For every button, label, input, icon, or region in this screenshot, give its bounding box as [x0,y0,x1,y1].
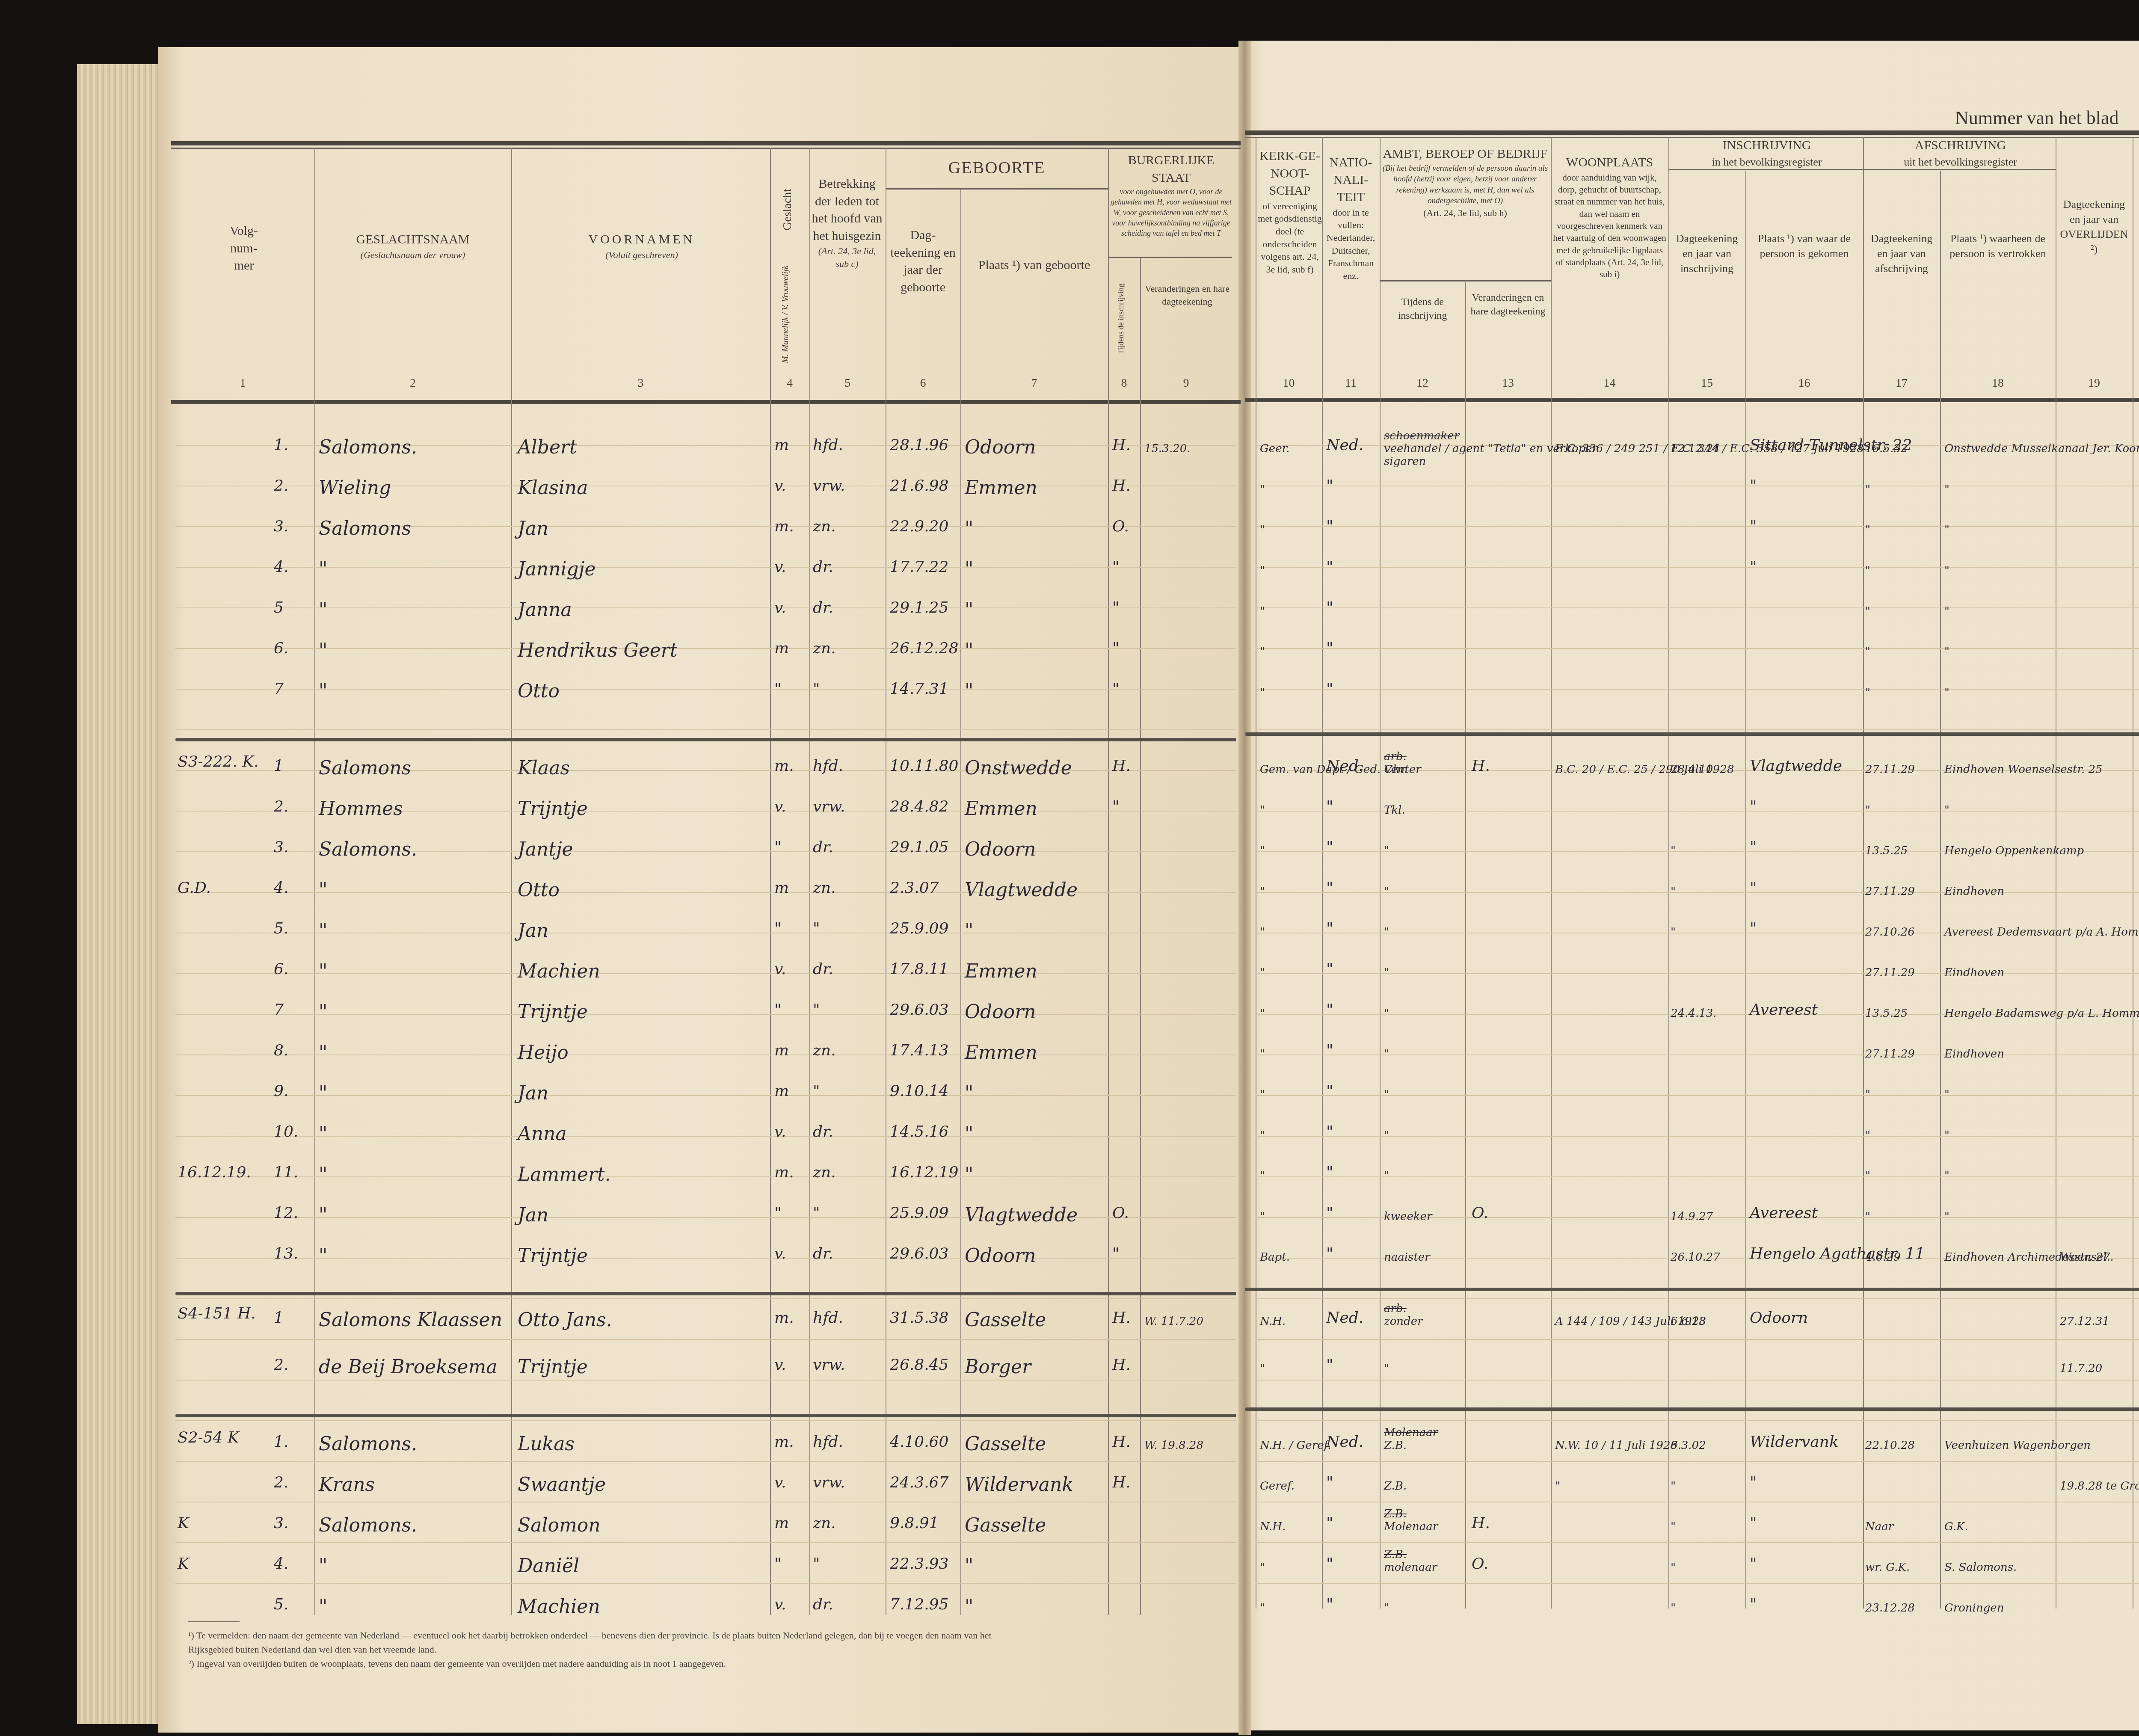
entry-surname: " [319,1042,327,1064]
entry-occ-change: O. [1472,1555,1488,1573]
ruled-line [175,1542,1236,1543]
ruled-line [175,567,1236,568]
entry-given: Trijntje [518,1356,588,1378]
entry-born: 22.9.20 [890,518,948,535]
entry-rel: " [813,680,820,698]
entry-out-to: " [1944,1210,1949,1223]
entry-out-date: Naar [1865,1520,1893,1533]
entry-rel: dr. [813,558,833,576]
entry-civil: " [1112,680,1120,698]
entry-sex: " [774,680,782,698]
entry-sex: v. [774,599,786,616]
entry-born: 21.6.98 [890,477,948,495]
col-8-header: Tijdens de inschrijving [1117,274,1126,364]
entry-occ-change: H. [1472,1514,1490,1532]
entry-sex: " [774,1555,782,1573]
entry-civil: O. [1112,1204,1129,1222]
entry-church: " [1260,844,1265,857]
entry-rel: dr. [813,960,833,978]
ruled-line [175,1298,1236,1299]
entry-occ: molenaar [1384,1561,1437,1574]
entry-born: 9.10.14 [890,1082,948,1100]
entry-sex: m. [774,1309,794,1327]
family-block-divider [175,738,1236,741]
col-4-sub: M. Mannelijk / V. Vrouwelijk [781,265,791,364]
entry-born: 25.9.09 [890,1204,948,1222]
entry-place: " [965,1596,973,1618]
entry-out-to: " [1944,605,1949,618]
entry-church: " [1260,1129,1265,1142]
entry-in-from: " [1750,558,1757,576]
entry-church: Bapt. [1260,1251,1290,1264]
entry-in-from: " [1750,920,1757,937]
entry-nr: 4. [274,879,288,897]
entry-out-date: " [1865,483,1870,496]
col-5-sub: (Art. 24, 3e lid, sub c) [811,245,883,270]
entry-nr: 9. [274,1082,288,1100]
col-12-header: Tijdens de inschrijving [1382,295,1463,323]
col-divider [2133,137,2133,1609]
header-bottom-rule-right [1245,398,2139,402]
entry-nr: 5 [274,599,284,616]
entry-nr: 6. [274,960,288,978]
right-page [1245,41,2139,1730]
entry-place: Emmen [965,477,1037,499]
entry-in-date: " [1671,844,1676,857]
entry-given: Klaas [518,757,570,779]
ruled-line [1256,1583,2139,1584]
entry-born: 29.6.03 [890,1245,948,1262]
col-17-header: Dagteekening en jaar van afschrijving [1865,231,1938,276]
entry-born: 9.8.91 [890,1514,939,1532]
ambt-note: (Bij het bedrijf vermelden of de persoon… [1382,163,1549,207]
entry-place: Odoorn [965,436,1036,458]
entry-occ2: sigaren [1384,455,1426,468]
entry-church: N.H. / Geref. [1260,1439,1331,1452]
entry-church: " [1260,885,1265,898]
entry-given: Klasina [518,477,588,499]
entry-given: Trijntje [518,1001,588,1023]
entry-nat: " [1326,960,1333,978]
entry-given: Machien [518,1596,600,1618]
entry-church: " [1260,1561,1265,1574]
entry-place: Vlagtwedde [965,879,1078,901]
ruled-line [175,1014,1236,1015]
entry-out-date: " [1865,686,1870,699]
entry-out-to: " [1944,524,1949,536]
col-13-header: Veranderingen en hare dagteekening [1467,291,1549,319]
entry-nat: " [1326,1555,1333,1573]
entry-sex: m. [774,1164,794,1181]
col-12-title: Tijdens de inschrijving [1382,295,1463,323]
entry-given: Anna [518,1123,567,1145]
col-6-title: Dag-teekening en jaar der geboorte [888,227,958,296]
ambt-art: (Art. 24, 3e lid, sub h) [1382,207,1549,219]
entry-civil: " [1112,1245,1120,1262]
entry-civil: H. [1112,477,1131,495]
entry-sex: m [774,436,789,454]
entry-born: 29.1.25 [890,599,948,616]
entry-church: " [1260,1210,1265,1223]
entry-out-to: Hengelo Badamsweg p/a L. Hommes [1944,1007,2139,1020]
entry-born: 14.7.31 [890,680,948,698]
entry-church: " [1260,524,1265,536]
footnote-1: ¹) Te vermelden: den naam der gemeente v… [188,1628,1001,1656]
top-rule-left-thin [171,148,1241,149]
entry-nat: " [1326,477,1333,495]
entry-place: Gasselte [965,1309,1046,1331]
entry-nat: " [1326,680,1333,698]
entry-civil: H. [1112,1309,1131,1327]
entry-nat: Ned. [1326,757,1363,775]
ruled-line [1256,1542,2139,1543]
entry-address: N.W. 10 / 11 Juli 1928 [1555,1439,1677,1452]
entry-marker: K [178,1555,189,1573]
col-divider [1322,137,1323,1609]
entry-out-to: S. Salomons. [1944,1561,2017,1574]
entry-out-date: " [1865,605,1870,618]
entry-given: Otto [518,680,560,702]
entry-surname: Salomons. [319,1433,417,1455]
entry-marker: K [178,1514,189,1532]
col-divider [2056,137,2056,1609]
burgerlijke-staat-title: BURGERLIJKE STAAT [1110,152,1232,187]
entry-surname: " [319,1245,327,1267]
entry-church: " [1260,1170,1265,1182]
entry-rel: vrw. [813,1356,845,1374]
entry-sex: m. [774,518,794,535]
ruled-line [175,1502,1236,1502]
entry-rel: " [813,920,820,937]
entry-born: 26.12.28 [890,640,958,657]
col-15-title: Dagteekening en jaar van inschrijving [1671,231,1743,276]
entry-civil: " [1112,640,1120,657]
entry-occ-struck: Z.B. [1384,1508,1407,1520]
entry-out-date: 4.6.29 [1865,1251,1901,1264]
entry-church: " [1260,646,1265,658]
entry-civil-change: W. 11.7.20 [1144,1315,1203,1328]
entry-given: Jan [518,518,548,539]
entry-place: " [965,518,973,539]
entry-church: Geref. [1260,1480,1295,1493]
entry-born: 10.11.80 [890,757,958,775]
entry-nr: 2. [274,798,288,815]
entry-in-from: " [1750,1514,1757,1532]
block-marker: S4-151 H. [178,1305,256,1322]
entry-born: 22.3.93 [890,1555,948,1573]
entry-occ: " [1384,885,1389,898]
entry-occ: " [1384,1170,1389,1182]
col-number: 19 [2056,376,2133,390]
entry-civil: " [1112,599,1120,616]
entry-civil: H. [1112,757,1131,775]
entry-nr: 13. [274,1245,298,1262]
entry-nr: 7 [274,680,284,698]
col-4-header: Geslacht [781,167,794,252]
entry-nr: 5. [274,1596,288,1613]
col-divider [1380,137,1381,1609]
entry-surname: " [319,960,327,982]
entry-marker: 16.12.19. [178,1164,251,1181]
entry-rel: dr. [813,1596,833,1613]
entry-in-date: 14.9.27 [1671,1210,1713,1223]
entry-out-date: " [1865,1170,1870,1182]
entry-occ: " [1384,966,1389,979]
ruled-line [175,1461,1236,1462]
entry-given: Jan [518,920,548,942]
entry-occ-struck: Z.B. [1384,1548,1407,1561]
entry-sex: v. [774,960,786,978]
col-number: 11 [1322,376,1380,390]
entry-rel: hfd. [813,436,843,454]
entry-out-to: Eindhoven [1944,966,2004,979]
entry-surname: " [319,1204,327,1226]
entry-nr: 4. [274,558,288,576]
entry-born: 25.9.09 [890,920,948,937]
col-number: 6 [886,376,960,390]
entry-place: Onstwedde [965,757,1072,779]
entry-church: " [1260,1007,1265,1020]
entry-surname: Salomons. [319,436,417,458]
col-19-header: Dagteekening en jaar van OVERLIJDEN ²) [2058,197,2130,257]
entry-civil: H. [1112,1433,1131,1451]
ruled-line [175,607,1236,608]
entry-nr: 1. [274,436,288,454]
entry-given: Machien [518,960,600,982]
entry-surname: Salomons [319,757,411,779]
col-16-title: Plaats ¹) van waar de persoon is gekomen [1748,231,1861,261]
entry-place: Emmen [965,798,1037,820]
col-3-header: VOORNAMEN(Voluit geschreven) [513,231,770,261]
entry-occ-struck: schoenmaker [1384,430,1459,442]
entry-place: " [965,1082,973,1104]
ruled-line [175,1176,1236,1177]
col-9-header: Veranderingen en hare dagteekening [1142,282,1232,308]
entry-sex: m. [774,1433,794,1451]
entry-sex: v. [774,1123,786,1141]
entry-in-from: " [1750,1555,1757,1573]
book-spine-gutter [1238,41,1251,1735]
entry-nat: Ned. [1326,436,1363,454]
col-5-title: Betrekking der leden tot het hoofd van h… [811,175,883,245]
col-divider [770,148,771,1615]
entry-marker: G.D. [178,879,211,897]
entry-in-date: " [1671,1480,1676,1493]
ambt-title: AMBT, BEROEP OF BEDRIJF [1382,145,1549,163]
col-3-title: VOORNAMEN [513,231,770,249]
entry-rel: zn. [813,1514,836,1532]
entry-nr: 2. [274,1474,288,1491]
col-number: 14 [1551,376,1668,390]
entry-nr: 1. [274,1433,288,1451]
entry-out-date: 27.11.29 [1865,885,1915,898]
col-16-header: Plaats ¹) van waar de persoon is gekomen [1748,231,1861,261]
entry-civil-change: 15.3.20. [1144,442,1191,455]
entry-occ: " [1384,1007,1389,1020]
col-2-header: GESLACHTSNAAM(Geslachtsnaam der vrouw) [317,231,509,261]
ruled-line [1256,526,2139,527]
entry-given: Salomon [518,1514,601,1536]
entry-sex: v. [774,1356,786,1374]
entry-in-date: " [1671,1602,1676,1615]
entry-given: Trijntje [518,798,588,820]
entry-nat: " [1326,1596,1333,1613]
entry-occ: Molenaar [1384,1520,1438,1533]
afschrijving-sub: uit het bevolkingsregister [1865,154,2056,169]
entry-given: Otto Jans. [518,1309,612,1331]
entry-nr: 12. [274,1204,298,1222]
col-18-title: Plaats ¹) waarheen de persoon is vertrok… [1942,231,2053,261]
entry-born: 16.12.19 [890,1164,958,1181]
entry-place: " [965,1555,973,1577]
col-9-title: Veranderingen en hare dagteekening [1142,282,1232,308]
entry-nr: 7 [274,1001,284,1019]
header-bottom-rule-left [171,400,1241,404]
col-14-header: WOONPLAATSdoor aanduiding van wijk, dorp… [1553,154,1666,281]
entry-place: Odoorn [965,1245,1036,1267]
entry-sex: m [774,1514,789,1532]
col-number: 5 [809,376,886,390]
burgerlijke-staat-subrule [1108,257,1232,258]
entry-born: 28.4.82 [890,798,948,815]
entry-church: " [1260,1048,1265,1061]
entry-address: " [1555,1480,1560,1493]
entry-occ: kweeker [1384,1210,1432,1223]
col-17-title: Dagteekening en jaar van afschrijving [1865,231,1938,276]
entry-occ-change: H. [1472,757,1490,775]
entry-rel: zn. [813,640,836,657]
entry-in-from: " [1750,838,1757,856]
entry-surname: " [319,640,327,661]
entry-nr: 2. [274,477,288,495]
ruled-line [175,1339,1236,1340]
entry-church: " [1260,926,1265,939]
ruled-line [1256,607,2139,608]
entry-church: " [1260,1602,1265,1615]
entry-in-date: 12.12.24 [1671,442,1720,455]
entry-surname: " [319,1123,327,1145]
entry-nat: " [1326,798,1333,815]
entry-occ-struck: arb. [1384,1302,1407,1315]
entry-civil: O. [1112,518,1129,535]
entry-out-date: 27.11.29 [1865,1048,1915,1061]
entry-church: N.H. [1260,1315,1286,1328]
entry-in-from: " [1750,1474,1757,1491]
ruled-line [175,1258,1236,1259]
entry-out-date: wr. G.K. [1865,1561,1910,1574]
col-20-header: AAN-MERKINGEN(Art. 24, 5e lid) [2135,210,2139,241]
entry-nat: " [1326,838,1333,856]
entry-out-date: 16.5.32 [1865,442,1908,455]
entry-nr: 3. [274,518,288,535]
entry-given: Otto [518,879,560,901]
entry-sex: m. [774,757,794,775]
entry-given: Albert [518,436,577,458]
ruled-line [1256,729,2139,730]
geboorte-subrule [886,188,1108,190]
entry-place: Wildervank [965,1474,1073,1496]
entry-nat: " [1326,599,1333,616]
entry-nr: 1 [274,1309,284,1327]
entry-out-to: " [1944,686,1949,699]
col-number: 18 [1940,376,2056,390]
entry-place: " [965,558,973,580]
family-block-divider [1245,1288,2139,1291]
entry-rel: " [813,1555,820,1573]
ruled-line [175,933,1236,933]
entry-out-to: Eindhoven [1944,1048,2004,1061]
entry-rel: vrw. [813,1474,845,1491]
entry-nr: 4. [274,1555,288,1573]
entry-out-to: Eindhoven [1944,885,2004,898]
entry-out-date: " [1865,524,1870,536]
col-divider [1863,137,1864,1609]
entry-surname: de Beij Broeksema [319,1356,497,1378]
entry-in-from: " [1750,879,1757,897]
entry-given: Jannigje [518,558,595,580]
ruled-line [1256,1298,2139,1299]
ruled-line [175,973,1236,974]
top-rule-left [171,141,1241,145]
burgerlijke-staat-header: BURGERLIJKE STAATvoor ongehuwden met O, … [1110,152,1232,238]
col-18-header: Plaats ¹) waarheen de persoon is vertrok… [1942,231,2053,261]
ruled-line [1256,1380,2139,1381]
afschrijving-group-header: AFSCHRIJVINGuit het bevolkingsregister [1865,137,2056,169]
family-block-divider [175,1292,1236,1295]
entry-out-to: " [1944,564,1949,577]
entry-out-date: 23.12.28 [1865,1602,1915,1615]
entry-surname: " [319,1555,327,1577]
col-6-header: Dag-teekening en jaar der geboorte [888,227,958,296]
col-number: 12 [1380,376,1465,390]
entry-out-date: 13.5.25 [1865,1007,1908,1020]
entry-nat: " [1326,920,1333,937]
ruled-line [175,1583,1236,1584]
entry-out-to: Onstwedde Musselkanaal Jer. Koorstr. [1944,442,2139,455]
ruled-line [175,689,1236,690]
entry-nr: 8. [274,1042,288,1059]
entry-occ-change: O. [1472,1204,1488,1222]
entry-out-date: " [1865,1129,1870,1142]
entry-rel: zn. [813,518,836,535]
entry-surname: Wieling [319,477,391,499]
entry-nat: " [1326,1001,1333,1019]
entry-born: 17.7.22 [890,558,948,576]
col-14-title: WOONPLAATS [1553,154,1666,172]
col-number: 1 [171,376,314,390]
entry-given: Trijntje [518,1245,588,1267]
col-number: 7 [960,376,1108,390]
entry-in-from: Avereest [1750,1204,1818,1222]
entry-surname: Salomons. [319,1514,417,1536]
entry-nat: " [1326,1042,1333,1059]
entry-place: " [965,640,973,661]
ruled-line [1256,1420,2139,1421]
entry-out-date: 27.11.29 [1865,763,1915,776]
entry-out-date: 27.10.26 [1865,926,1915,939]
ruled-line [1256,1502,2139,1502]
col-11-title: NATIO-NALI-TEIT [1324,154,1378,206]
entry-civil-change: W. 19.8.28 [1144,1439,1203,1452]
entry-rel: dr. [813,838,833,856]
ruled-line [1256,567,2139,568]
col-10-sub: of vereeniging met godsdienstig doel (te… [1258,200,1322,276]
entry-occ: naaister [1384,1251,1430,1264]
entry-nr: 6. [274,640,288,657]
entry-place: " [965,1123,973,1145]
entry-in-from: " [1750,477,1757,495]
entry-born: 29.1.05 [890,838,948,856]
